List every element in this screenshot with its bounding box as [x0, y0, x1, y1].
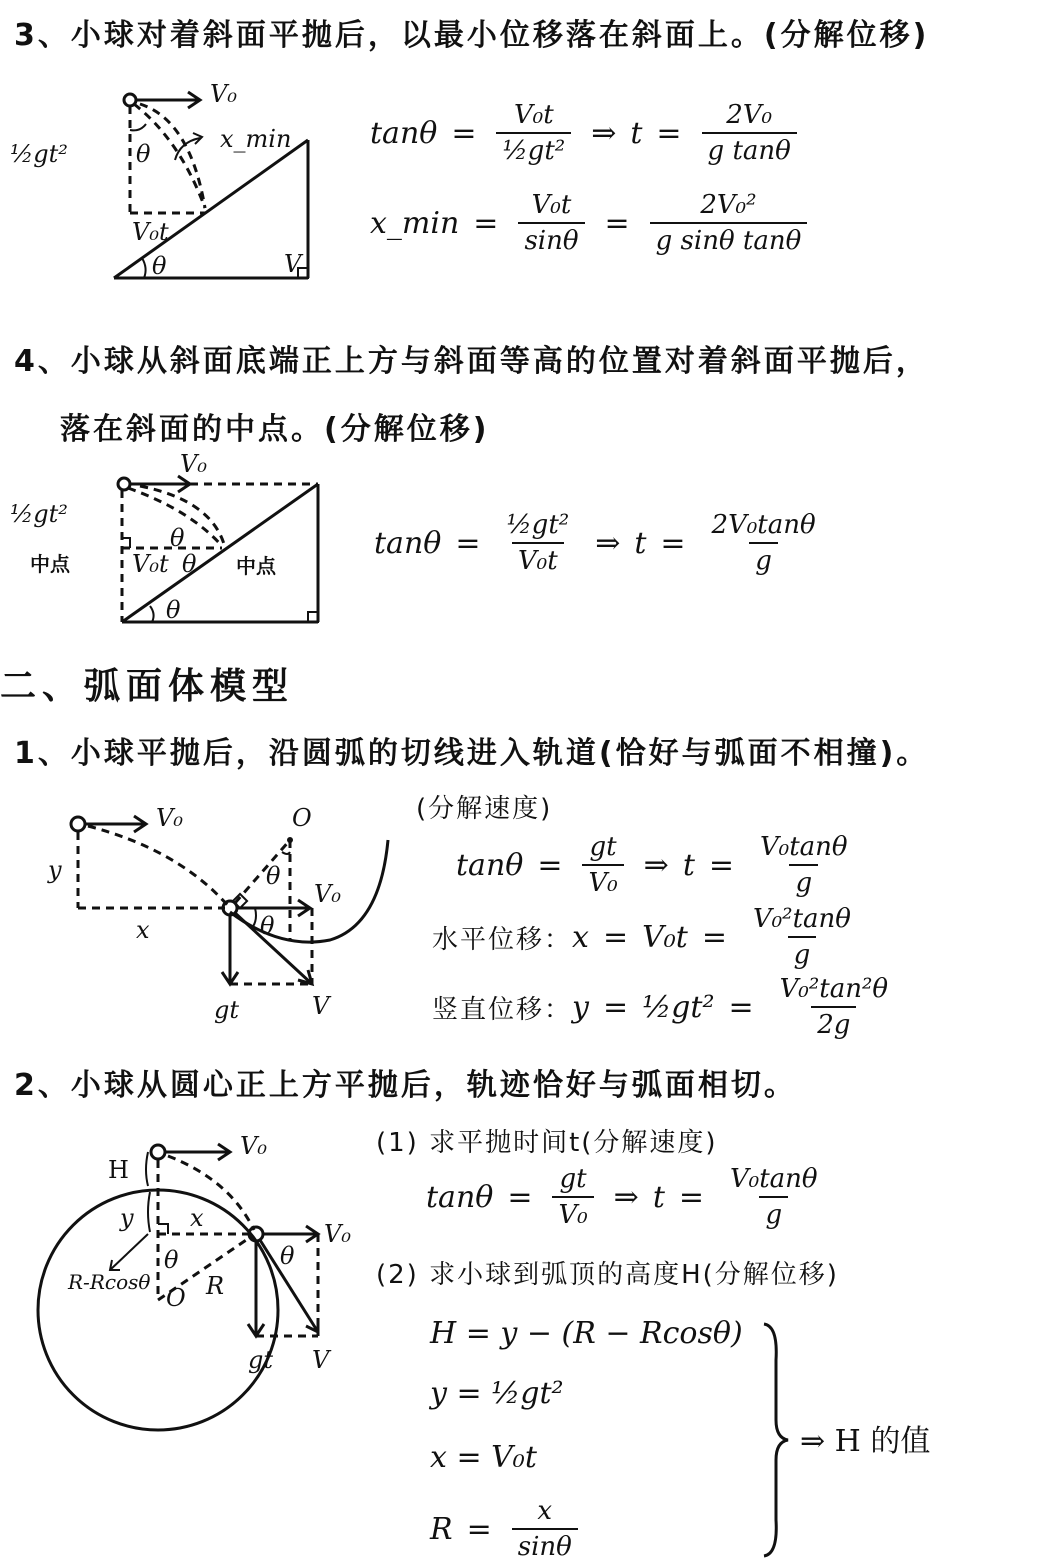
fraction: ½gt² V₀t: [500, 510, 575, 576]
v0-label: V₀: [210, 80, 237, 108]
arc1-note: (分解速度): [416, 788, 552, 825]
section4-diagram: V₀ ½gt² 中点 θ V₀t θ 中点 θ: [40, 450, 340, 630]
fraction: V₀²tanθ g: [747, 904, 857, 970]
midpoint-label-left: 中点: [30, 548, 70, 577]
arc1-equation-vertical: 竖直位移： y = ½gt² = V₀²tan²θ 2g: [432, 974, 900, 1040]
y-label: y: [120, 1204, 134, 1232]
part2-heading: 二、弧面体模型: [0, 658, 294, 709]
fraction: 2V₀tanθ g: [706, 510, 822, 576]
v0-label: V₀: [240, 1132, 267, 1160]
v0-label: V₀: [314, 880, 341, 908]
x-label: x: [190, 1204, 204, 1232]
center-o-label: O: [166, 1284, 186, 1312]
x-label: x: [136, 916, 150, 944]
section4-equation: tanθ = ½gt² V₀t ⇒ t = 2V₀tanθ g: [374, 510, 828, 576]
fraction: gt V₀: [582, 832, 623, 898]
arc1-diagram: V₀ O y x θ V₀ θ gt V: [30, 790, 410, 1040]
right-brace-icon: [760, 1320, 790, 1560]
section4-title-line2: 落在斜面的中点。(分解位移): [60, 404, 489, 448]
system-line-1: H = y − (R − Rcosθ): [430, 1316, 743, 1351]
vertical-displacement-label: 竖直位移：: [432, 989, 572, 1026]
fraction: V₀t sinθ: [518, 190, 584, 256]
system-line-4: R = x sinθ: [430, 1496, 584, 1562]
fraction: V₀t ½gt²: [496, 100, 571, 166]
arc1-equation-horizontal: 水平位移： x = V₀t = V₀²tanθ g: [432, 904, 863, 970]
v0t-label: V₀t: [132, 550, 169, 578]
xmin-label: x_min: [220, 125, 291, 153]
arc1-title: 1、小球平抛后，沿圆弧的切线进入轨道(恰好与弧面不相撞)。: [14, 728, 929, 772]
theta-label: θ: [266, 862, 280, 890]
conclusion: ⇒ H 的值: [800, 1416, 930, 1460]
fraction: 2V₀² g sinθ tanθ: [650, 190, 808, 256]
v-label: V: [312, 1346, 329, 1374]
eq-lhs: tanθ: [370, 116, 437, 151]
arc1-equation-1: tanθ = gt V₀ ⇒ t = V₀tanθ g: [456, 832, 860, 898]
h-label: H: [108, 1156, 129, 1184]
arc2-step1-equation: tanθ = gt V₀ ⇒ t = V₀tanθ g: [426, 1164, 830, 1230]
v0-label: V₀: [324, 1220, 351, 1248]
section3-equation-2: x_min = V₀t sinθ = 2V₀² g sinθ tanθ: [370, 190, 813, 256]
center-o-label: O: [292, 804, 312, 832]
half-gt2-label: ½gt²: [10, 140, 68, 168]
gt-label: gt: [214, 996, 239, 1024]
circle-tangent-trajectory-figure: [40, 1120, 380, 1564]
system-line-3: x = V₀t: [430, 1440, 537, 1475]
midpoint-label-right: 中点: [236, 550, 276, 579]
fraction: V₀tanθ g: [754, 832, 854, 898]
r-label: R: [206, 1272, 224, 1300]
fraction: gt V₀: [552, 1164, 593, 1230]
theta-label: θ: [280, 1242, 294, 1270]
section4-title-line1: 4、小球从斜面底端正上方与斜面等高的位置对着斜面平抛后，: [14, 336, 929, 380]
theta-label: θ: [164, 1246, 178, 1274]
implies-arrow: ⇒: [644, 848, 669, 883]
theta-label: θ: [182, 550, 196, 578]
theta-label: θ: [260, 912, 274, 940]
implies-arrow: ⇒: [591, 116, 616, 151]
fraction: 2V₀ g tanθ: [702, 100, 797, 166]
section3-title: 3、小球对着斜面平抛后，以最小位移落在斜面上。(分解位移): [14, 10, 929, 54]
theta-label: θ: [170, 524, 184, 552]
v0-label: V₀: [156, 804, 183, 832]
fraction: V₀²tan²θ 2g: [774, 974, 894, 1040]
section3-equation-1: tanθ = V₀t ½gt² ⇒ t = 2V₀ g tanθ: [370, 100, 803, 166]
arc2-step1: (1) 求平抛时间t(分解速度): [376, 1122, 718, 1159]
arc2-title: 2、小球从圆心正上方平抛后，轨迹恰好与弧面相切。: [14, 1060, 797, 1104]
theta-label: θ: [166, 596, 180, 624]
fraction: V₀tanθ g: [724, 1164, 824, 1230]
v-label: V: [312, 992, 329, 1020]
theta-label: θ: [152, 252, 166, 280]
arc2-diagram: H V₀ y x θ R-Rcosθ O R V₀ θ gt V: [40, 1120, 380, 1564]
gt-label: gt: [248, 1346, 273, 1374]
implies-arrow: ⇒: [614, 1180, 639, 1215]
v0t-label: V₀t: [132, 218, 169, 246]
fraction: x sinθ: [512, 1496, 578, 1562]
arc2-step2: (2) 求小球到弧顶的高度H(分解位移): [376, 1254, 839, 1291]
horizontal-displacement-label: 水平位移：: [432, 919, 572, 956]
section3-diagram: V₀ ½gt² θ x_min V₀t θ V: [40, 80, 340, 290]
v0-label: V₀: [180, 450, 207, 478]
half-gt2-label: ½gt²: [10, 500, 68, 528]
system-line-2: y = ½gt²: [430, 1376, 564, 1411]
y-label: y: [48, 856, 62, 884]
r-minus-rcos-label: R-Rcosθ: [68, 1270, 150, 1294]
implies-arrow: ⇒: [595, 526, 620, 561]
theta-label: θ: [136, 140, 150, 168]
v-label: V: [284, 250, 301, 278]
